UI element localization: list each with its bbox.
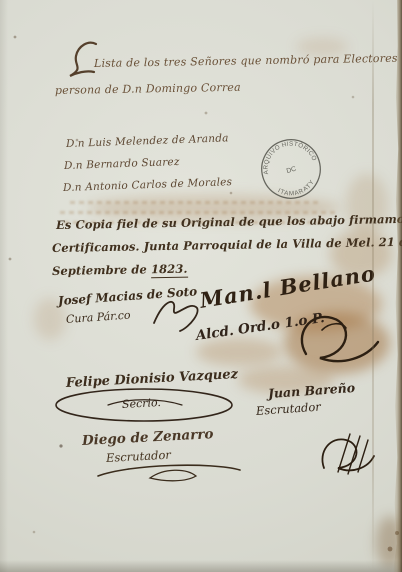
title-line-2: persona de D.n Domingo Correa (55, 81, 241, 97)
signature-zenarro-name: Diego de Zenarro (82, 426, 214, 449)
signature-secretario-role: Secrio. (122, 396, 162, 411)
zenarro-rubric (94, 458, 246, 486)
paper-edge-left (0, 0, 8, 572)
signature-bareno-role: Escrutador (256, 399, 322, 417)
bareno-rubric (316, 428, 378, 478)
ink-specks (0, 0, 2, 2)
title-line-1: Lista de los tres Señores que nombró par… (94, 51, 402, 70)
elector-name: D.n Luis Melendez de Aranda (66, 132, 229, 150)
certification-line-3: Septiembre de 1823. (52, 262, 188, 278)
paper-fold-line (372, 0, 374, 572)
signature-cura-role: Cura Pár.co (66, 309, 131, 326)
paper-edge-bottom (0, 560, 402, 572)
document-page: Lista de los tres Señores que nombró par… (0, 0, 402, 572)
alcalde-rubric (292, 308, 384, 370)
certification-year: 1823. (151, 262, 188, 279)
paper-edge-right (393, 0, 402, 572)
elector-name: D.n Antonio Carlos de Morales (63, 176, 233, 194)
elector-name: D.n Bernardo Suarez (64, 156, 180, 172)
certification-date-text: Septiembre de (52, 262, 151, 278)
stamp-text-center: DC (286, 166, 297, 175)
